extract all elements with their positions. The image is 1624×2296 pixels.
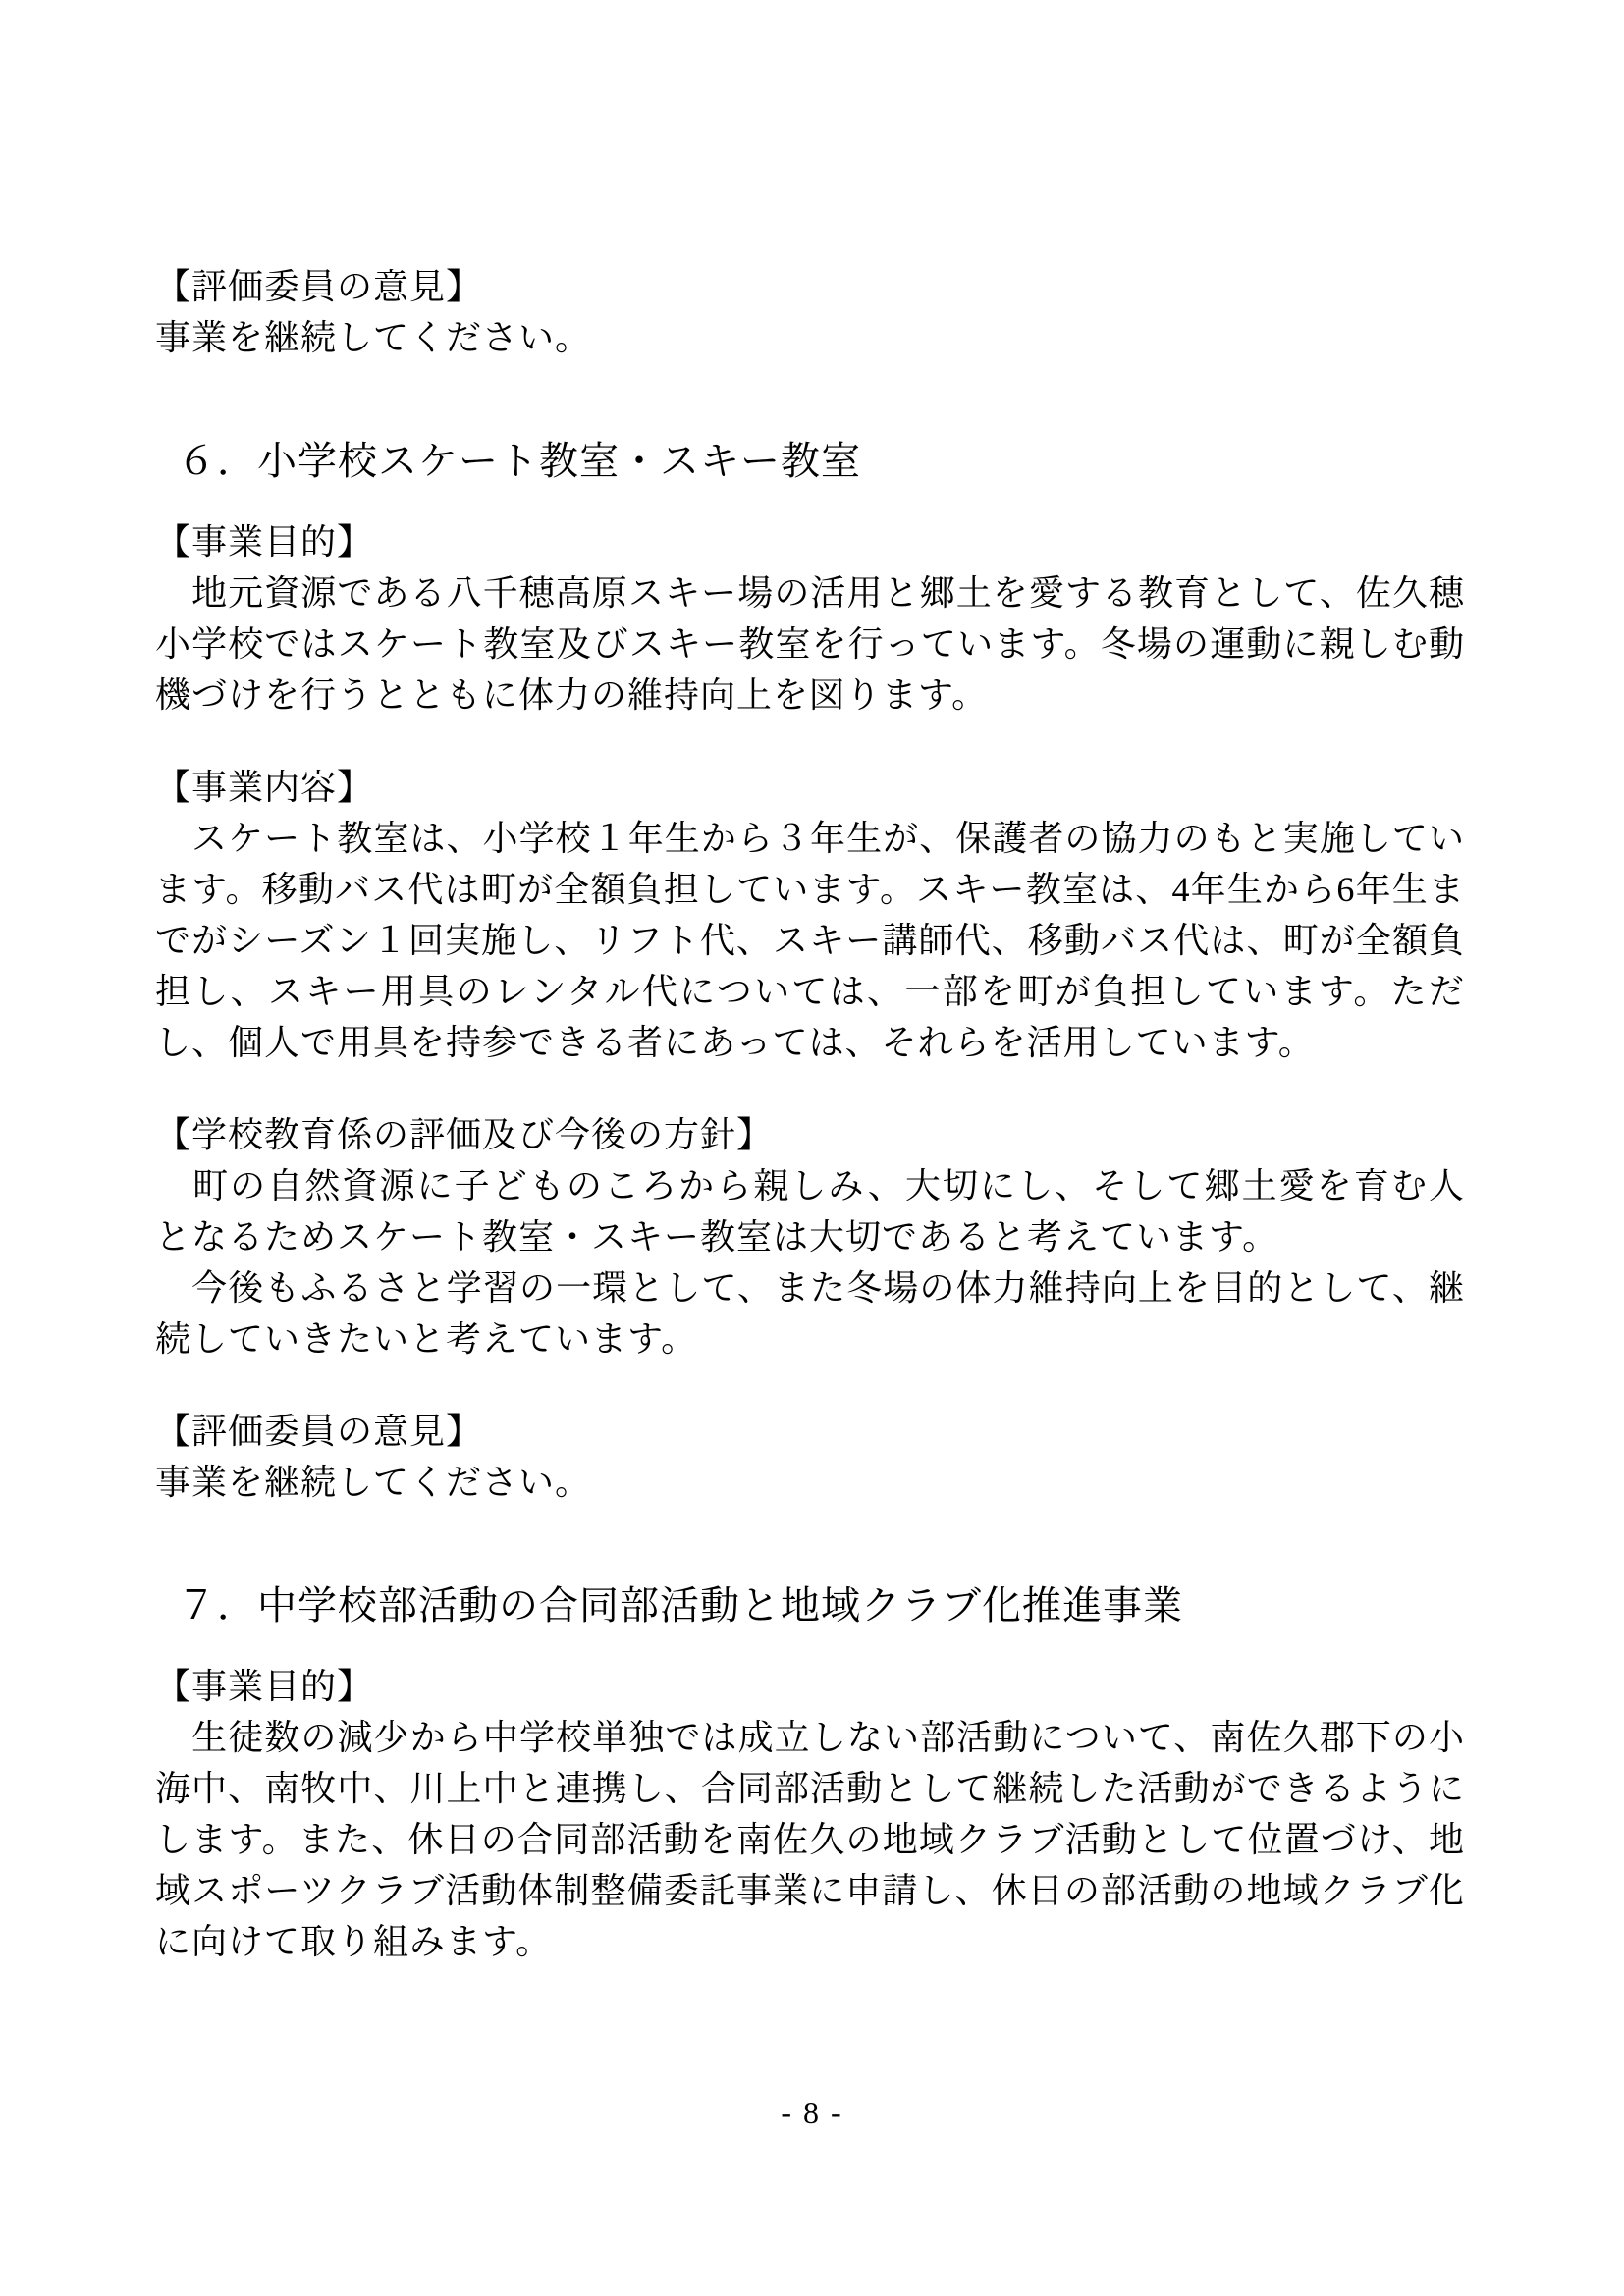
section6-content-label: 【事業内容】 [155, 762, 1465, 813]
section6-purpose-label: 【事業目的】 [155, 516, 1465, 567]
section6-heading: ６．小学校スケート教室・スキー教室 [155, 432, 1465, 491]
document-page: 【評価委員の意見】 事業を継続してください。 ６．小学校スケート教室・スキー教室… [0, 0, 1624, 2296]
section6-opinion-text: 事業を継続してください。 [155, 1457, 1465, 1508]
section6-opinion-label: 【評価委員の意見】 [155, 1406, 1465, 1457]
section6-content-text: スケート教室は、小学校１年生から３年生が、保護者の協力のもと実施しています。移動… [155, 813, 1465, 1068]
section7-purpose-label: 【事業目的】 [155, 1661, 1465, 1712]
section6-purpose-text: 地元資源である八千穂高原スキー場の活用と郷土を愛する教育として、佐久穂小学校では… [155, 567, 1465, 721]
section7-heading: ７．中学校部活動の合同部活動と地域クラブ化推進事業 [155, 1576, 1465, 1635]
page-content: 【評価委員の意見】 事業を継続してください。 ６．小学校スケート教室・スキー教室… [155, 261, 1465, 1967]
page-number: - 8 - [0, 2095, 1624, 2130]
intro-opinion-text: 事業を継続してください。 [155, 312, 1465, 363]
section6-evaluation-label: 【学校教育係の評価及び今後の方針】 [155, 1109, 1465, 1160]
intro-opinion-label: 【評価委員の意見】 [155, 261, 1465, 312]
section7-purpose-text: 生徒数の減少から中学校単独では成立しない部活動について、南佐久郡下の小海中、南牧… [155, 1712, 1465, 1967]
section6-evaluation-paragraph-1: 町の自然資源に子どものころから親しみ、大切にし、そして郷土愛を育む人となるためス… [155, 1160, 1465, 1262]
section6-evaluation-paragraph-2: 今後もふるさと学習の一環として、また冬場の体力維持向上を目的として、継続していき… [155, 1262, 1465, 1364]
